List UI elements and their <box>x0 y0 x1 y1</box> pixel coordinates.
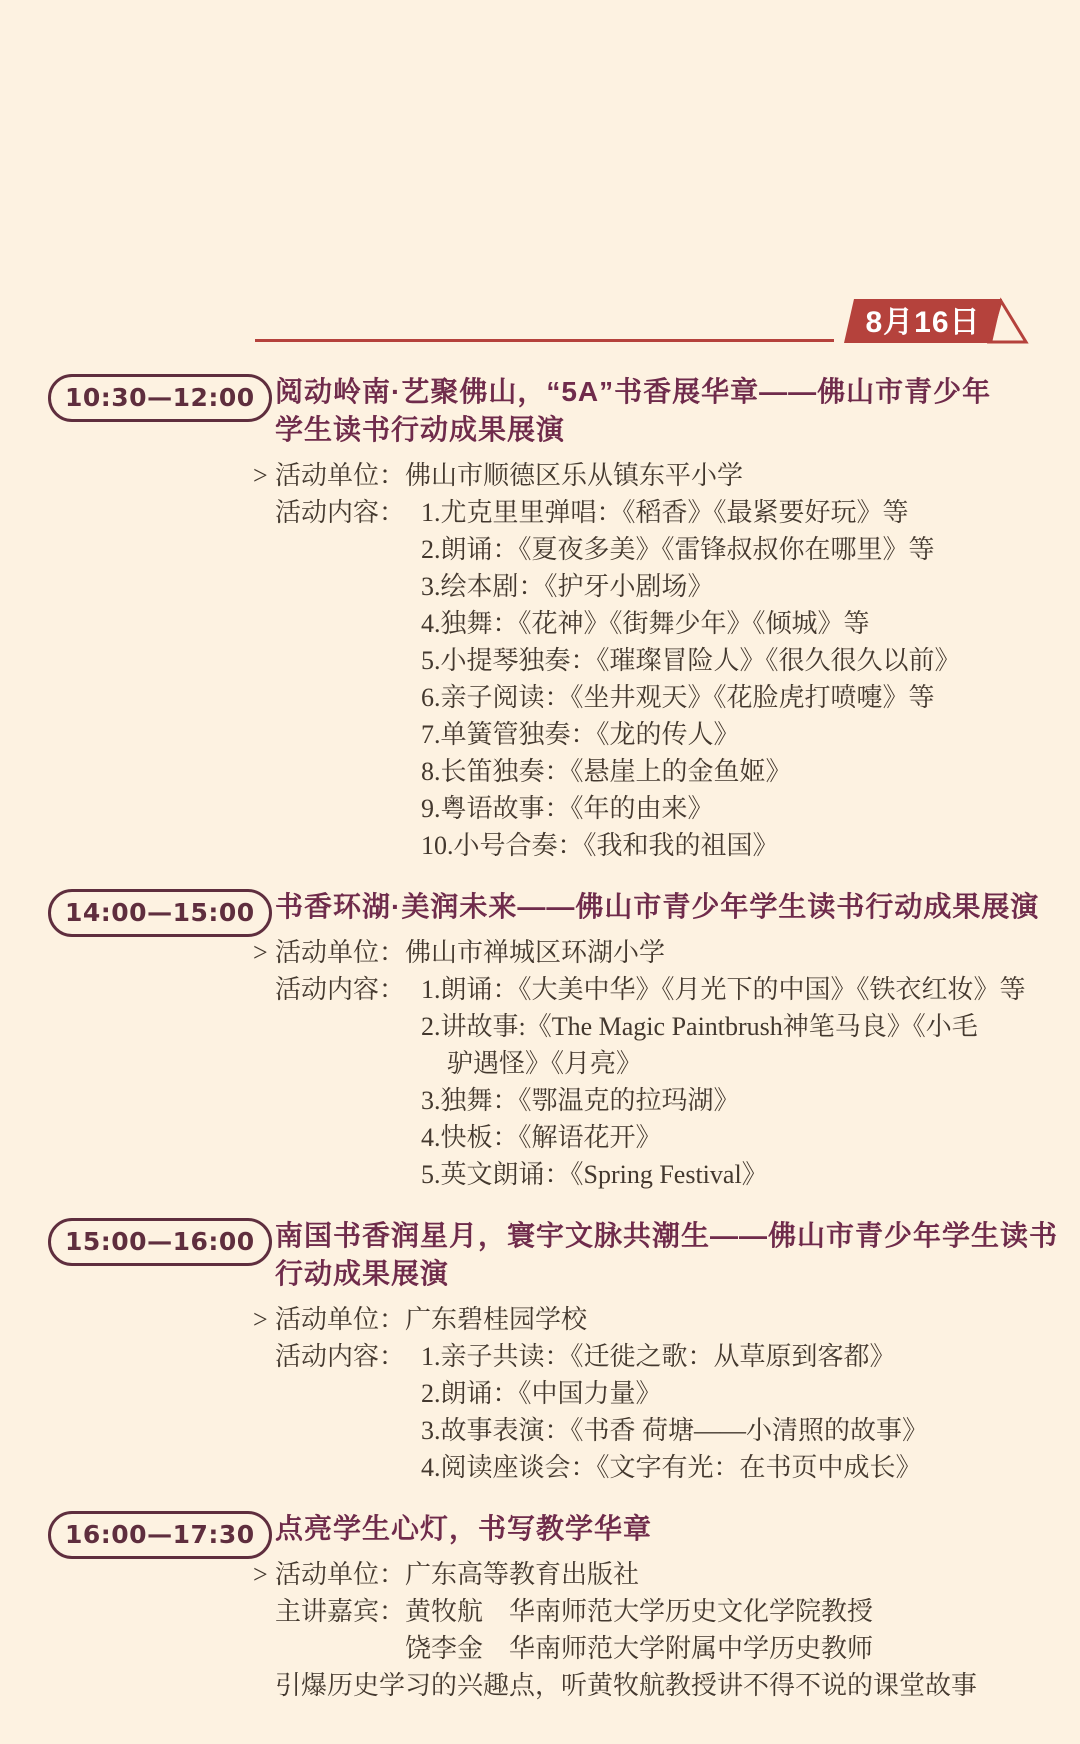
content-line: 8.长笛独奏：《悬崖上的金鱼姬》 <box>421 753 1040 790</box>
row-label: 活动单位： <box>275 934 405 971</box>
event-title: 南国书香润星月，寰宇文脉共潮生——佛山市青少年学生读书行动成果展演 <box>275 1217 1040 1293</box>
event-row-content: 活动内容：1.朗诵：《大美中华》《月光下的中国》《铁衣红妆》等2.讲故事:《Th… <box>275 971 1040 1193</box>
event-rows: >活动单位：佛山市禅城区环湖小学活动内容：1.朗诵：《大美中华》《月光下的中国》… <box>275 934 1040 1193</box>
chevron-marker: > <box>253 934 275 971</box>
row-content: 佛山市禅城区环湖小学 <box>405 934 1040 971</box>
time-label: 10:30—12:00 <box>65 383 255 412</box>
row-content: 佛山市顺德区乐从镇东平小学 <box>405 457 1040 494</box>
chevron-marker: > <box>253 457 275 494</box>
row-label: 活动内容： <box>275 971 405 1008</box>
event-row-unit: >活动单位：广东高等教育出版社 <box>275 1556 1040 1593</box>
event-title: 阅动岭南·艺聚佛山，“5A”书香展华章——佛山市青少年学生读书行动成果展演 <box>275 373 1040 449</box>
content-line: 引爆历史学习的兴趣点，听黄牧航教授讲不得不说的课堂故事 <box>275 1667 1040 1704</box>
content-line: 1.亲子共读：《迁徙之歌：从草原到客都》 <box>421 1338 1040 1375</box>
schedule-event: 16:00—17:30 点亮学生心灯，书写教学华章 >活动单位：广东高等教育出版… <box>48 1510 1040 1704</box>
chevron-marker: > <box>253 1556 275 1593</box>
row-content: 1.尤克里里弹唱：《稻香》《最紧要好玩》等2.朗诵：《夏夜多美》《雷锋叔叔你在哪… <box>405 494 1040 864</box>
schedule-event: 15:00—16:00 南国书香润星月，寰宇文脉共潮生——佛山市青少年学生读书行… <box>48 1217 1040 1486</box>
header-rule <box>255 339 834 342</box>
row-label: 活动内容： <box>275 494 405 531</box>
content-line: 1.尤克里里弹唱：《稻香》《最紧要好玩》等 <box>421 494 1040 531</box>
time-badge-column: 14:00—15:00 <box>48 888 275 937</box>
content-line: 2.朗诵：《中国力量》 <box>421 1375 1040 1412</box>
event-row-unit: >活动单位：佛山市顺德区乐从镇东平小学 <box>275 457 1040 494</box>
event-row-guests: 主讲嘉宾：黄牧航 华南师范大学历史文化学院教授饶李金 华南师范大学附属中学历史教… <box>275 1593 1040 1667</box>
date-ribbon: 8月16日 <box>830 297 1040 345</box>
event-title-line: 点亮学生心灯，书写教学华章 <box>275 1510 1040 1548</box>
time-label: 16:00—17:30 <box>65 1520 255 1549</box>
time-label: 15:00—16:00 <box>65 1227 255 1256</box>
row-content: 黄牧航 华南师范大学历史文化学院教授饶李金 华南师范大学附属中学历史教师 <box>405 1593 1040 1667</box>
event-title-line: 南国书香润星月，寰宇文脉共潮生——佛山市青少年学生读书 <box>275 1217 1040 1255</box>
date-label: 8月16日 <box>865 306 980 339</box>
time-badge: 14:00—15:00 <box>48 889 272 937</box>
content-line: 4.快板：《解语花开》 <box>421 1119 1040 1156</box>
event-row-content: 活动内容：1.尤克里里弹唱：《稻香》《最紧要好玩》等2.朗诵：《夏夜多美》《雷锋… <box>275 494 1040 864</box>
content-line: 3.故事表演：《书香 荷塘——小清照的故事》 <box>421 1412 1040 1449</box>
content-line: 7.单簧管独奏：《龙的传人》 <box>421 716 1040 753</box>
content-line: 10.小号合奏：《我和我的祖国》 <box>421 827 1040 864</box>
time-badge-column: 15:00—16:00 <box>48 1217 275 1266</box>
row-content: 1.朗诵：《大美中华》《月光下的中国》《铁衣红妆》等2.讲故事:《The Mag… <box>405 971 1040 1193</box>
content-line: 饶李金 华南师范大学附属中学历史教师 <box>405 1630 1040 1667</box>
time-badge: 16:00—17:30 <box>48 1511 272 1559</box>
content-line: 广东高等教育出版社 <box>405 1556 1040 1593</box>
content-line-continued: 驴遇怪》《月亮》 <box>421 1045 1040 1082</box>
row-label: 活动单位： <box>275 457 405 494</box>
content-line: 广东碧桂园学校 <box>405 1301 1040 1338</box>
event-rows: >活动单位：广东高等教育出版社主讲嘉宾：黄牧航 华南师范大学历史文化学院教授饶李… <box>275 1556 1040 1704</box>
content-line: 2.朗诵：《夏夜多美》《雷锋叔叔你在哪里》等 <box>421 531 1040 568</box>
time-badge: 15:00—16:00 <box>48 1218 272 1266</box>
content-line: 3.绘本剧：《护牙小剧场》 <box>421 568 1040 605</box>
content-line: 5.英文朗诵：《Spring Festival》 <box>421 1156 1040 1193</box>
event-body: 点亮学生心灯，书写教学华章 >活动单位：广东高等教育出版社主讲嘉宾：黄牧航 华南… <box>275 1510 1040 1704</box>
event-row-note: 引爆历史学习的兴趣点，听黄牧航教授讲不得不说的课堂故事 <box>275 1667 1040 1704</box>
event-title: 点亮学生心灯，书写教学华章 <box>275 1510 1040 1548</box>
content-line: 佛山市顺德区乐从镇东平小学 <box>405 457 1040 494</box>
event-title: 书香环湖·美润未来——佛山市青少年学生读书行动成果展演 <box>275 888 1040 926</box>
chevron-marker: > <box>253 1301 275 1338</box>
time-badge-column: 10:30—12:00 <box>48 373 275 422</box>
event-rows: >活动单位：广东碧桂园学校活动内容：1.亲子共读：《迁徙之歌：从草原到客都》2.… <box>275 1301 1040 1486</box>
schedule-event: 14:00—15:00 书香环湖·美润未来——佛山市青少年学生读书行动成果展演 … <box>48 888 1040 1193</box>
date-header: 8月16日 <box>255 297 1040 345</box>
row-label: 活动单位： <box>275 1301 405 1338</box>
event-row-unit: >活动单位：广东碧桂园学校 <box>275 1301 1040 1338</box>
row-content: 1.亲子共读：《迁徙之歌：从草原到客都》2.朗诵：《中国力量》3.故事表演：《书… <box>405 1338 1040 1486</box>
content-line: 2.讲故事:《The Magic Paintbrush神笔马良》《小毛 <box>421 1008 1040 1045</box>
content-line: 黄牧航 华南师范大学历史文化学院教授 <box>405 1593 1040 1630</box>
time-label: 14:00—15:00 <box>65 898 255 927</box>
schedule-list: 10:30—12:00 阅动岭南·艺聚佛山，“5A”书香展华章——佛山市青少年学… <box>48 373 1040 1704</box>
event-rows: >活动单位：佛山市顺德区乐从镇东平小学活动内容：1.尤克里里弹唱：《稻香》《最紧… <box>275 457 1040 864</box>
event-body: 南国书香润星月，寰宇文脉共潮生——佛山市青少年学生读书行动成果展演 >活动单位：… <box>275 1217 1040 1486</box>
content-line: 3.独舞：《鄂温克的拉玛湖》 <box>421 1082 1040 1119</box>
content-line: 5.小提琴独奏：《璀璨冒险人》《很久很久以前》 <box>421 642 1040 679</box>
event-body: 书香环湖·美润未来——佛山市青少年学生读书行动成果展演 >活动单位：佛山市禅城区… <box>275 888 1040 1193</box>
schedule-page: 8月16日 10:30—12:00 阅动岭南·艺聚佛山，“5A”书香展华章——佛… <box>0 0 1080 1744</box>
schedule-event: 10:30—12:00 阅动岭南·艺聚佛山，“5A”书香展华章——佛山市青少年学… <box>48 373 1040 864</box>
time-badge: 10:30—12:00 <box>48 374 272 422</box>
content-line: 9.粤语故事：《年的由来》 <box>421 790 1040 827</box>
content-line: 4.独舞：《花神》《街舞少年》《倾城》等 <box>421 605 1040 642</box>
content-line: 佛山市禅城区环湖小学 <box>405 934 1040 971</box>
event-row-content: 活动内容：1.亲子共读：《迁徙之歌：从草原到客都》2.朗诵：《中国力量》3.故事… <box>275 1338 1040 1486</box>
row-label: 活动单位： <box>275 1556 405 1593</box>
event-body: 阅动岭南·艺聚佛山，“5A”书香展华章——佛山市青少年学生读书行动成果展演 >活… <box>275 373 1040 864</box>
content-line: 6.亲子阅读：《坐井观天》《花脸虎打喷嚏》等 <box>421 679 1040 716</box>
time-badge-column: 16:00—17:30 <box>48 1510 275 1559</box>
event-title-line: 行动成果展演 <box>275 1255 1040 1293</box>
row-content: 引爆历史学习的兴趣点，听黄牧航教授讲不得不说的课堂故事 <box>275 1667 1040 1704</box>
row-content: 广东高等教育出版社 <box>405 1556 1040 1593</box>
event-title-line: 学生读书行动成果展演 <box>275 411 1040 449</box>
content-line: 4.阅读座谈会：《文字有光：在书页中成长》 <box>421 1449 1040 1486</box>
event-row-unit: >活动单位：佛山市禅城区环湖小学 <box>275 934 1040 971</box>
row-label: 活动内容： <box>275 1338 405 1375</box>
content-line: 1.朗诵：《大美中华》《月光下的中国》《铁衣红妆》等 <box>421 971 1040 1008</box>
row-content: 广东碧桂园学校 <box>405 1301 1040 1338</box>
row-label: 主讲嘉宾： <box>275 1593 405 1630</box>
event-title-line: 书香环湖·美润未来——佛山市青少年学生读书行动成果展演 <box>275 888 1040 926</box>
event-title-line: 阅动岭南·艺聚佛山，“5A”书香展华章——佛山市青少年 <box>275 373 1040 411</box>
